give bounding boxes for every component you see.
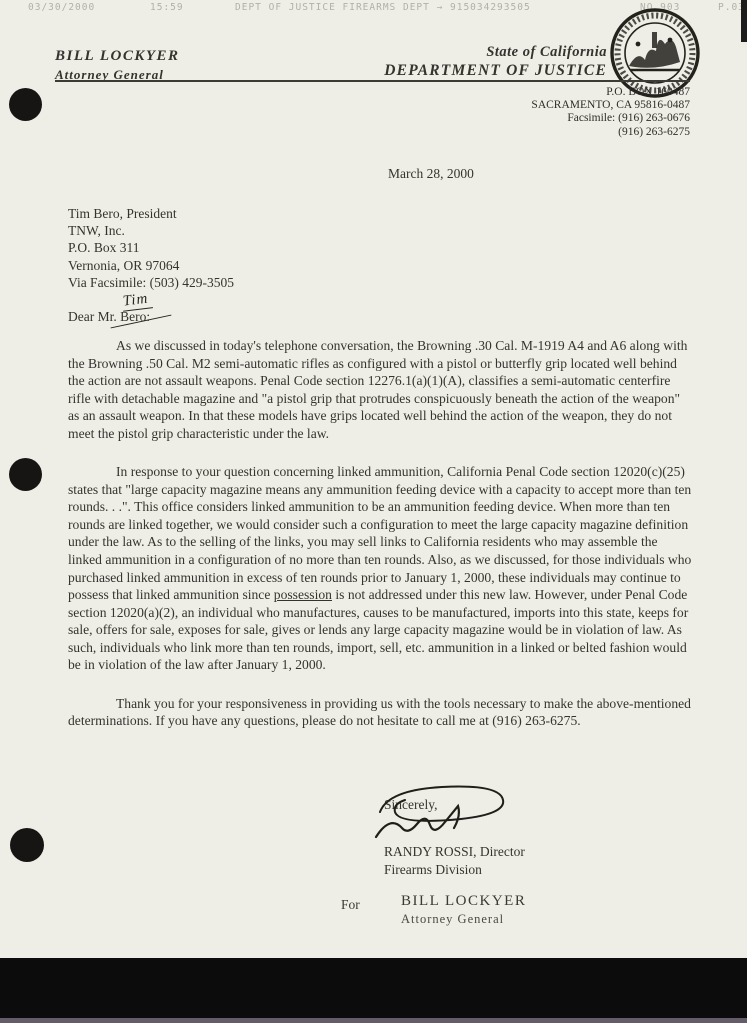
signer-name: RANDY ROSSI, Director (384, 844, 525, 860)
punch-hole (9, 88, 42, 121)
salutation-suffix: : (146, 309, 150, 324)
scanned-letter-page: 03/30/2000 15:59 DEPT OF JUSTICE FIREARM… (0, 0, 747, 1023)
scan-edge-artifact (741, 0, 747, 42)
fax-sender-line: DEPT OF JUSTICE FIREARMS DEPT → 91503429… (235, 2, 531, 13)
handwritten-correction: Tim (121, 290, 152, 311)
scan-black-bar (0, 958, 747, 1018)
paragraph-3: Thank you for your responsiveness in pro… (68, 695, 692, 730)
recipient-city: Vernonia, OR 97064 (68, 257, 234, 274)
letterhead-address: P.O. BOX 160487 SACRAMENTO, CA 95816-048… (390, 86, 690, 139)
recipient-company: TNW, Inc. (68, 222, 234, 239)
signer-division: Firearms Division (384, 862, 482, 878)
address-po-box: P.O. BOX 160487 (390, 86, 690, 99)
recipient-fax: Via Facsimile: (503) 429-3505 (68, 274, 234, 291)
address-city: SACRAMENTO, CA 95816-0487 (390, 99, 690, 112)
letterhead-left: BILL LOCKYER Attorney General (55, 48, 180, 83)
principal-name: BILL LOCKYER (401, 893, 526, 910)
scan-bar-foot (0, 1018, 747, 1023)
principal-title: Attorney General (401, 912, 504, 927)
letterhead-divider (55, 80, 690, 82)
punch-hole (10, 828, 44, 862)
letterhead-state: State of California (384, 44, 607, 61)
punch-hole (9, 458, 42, 491)
recipient-po-box: P.O. Box 311 (68, 239, 234, 256)
letter-body: As we discussed in today's telephone con… (68, 337, 692, 751)
underlined-word: possession (274, 587, 332, 602)
salutation: Dear Mr. BeroTim: (68, 309, 150, 325)
fax-date: 03/30/2000 (28, 2, 95, 13)
letterhead-department: DEPARTMENT OF JUSTICE (384, 62, 607, 80)
recipient-block: Tim Bero, President TNW, Inc. P.O. Box 3… (68, 205, 234, 291)
address-phone: (916) 263-6275 (390, 126, 690, 139)
address-facsimile: Facsimile: (916) 263-0676 (390, 112, 690, 125)
paragraph-1: As we discussed in today's telephone con… (68, 337, 692, 442)
fax-time: 15:59 (150, 2, 184, 13)
for-label: For (341, 897, 360, 913)
salutation-prefix: Dear Mr. (68, 309, 120, 324)
paragraph-2-text: In response to your question concerning … (68, 464, 691, 602)
letterhead-right: State of California DEPARTMENT OF JUSTIC… (384, 44, 607, 80)
letterhead-name: BILL LOCKYER (55, 48, 180, 65)
letter-date: March 28, 2000 (388, 166, 474, 182)
paragraph-2: In response to your question concerning … (68, 463, 692, 674)
recipient-name: Tim Bero, President (68, 205, 234, 222)
struck-name-wrap: BeroTim (120, 309, 146, 325)
